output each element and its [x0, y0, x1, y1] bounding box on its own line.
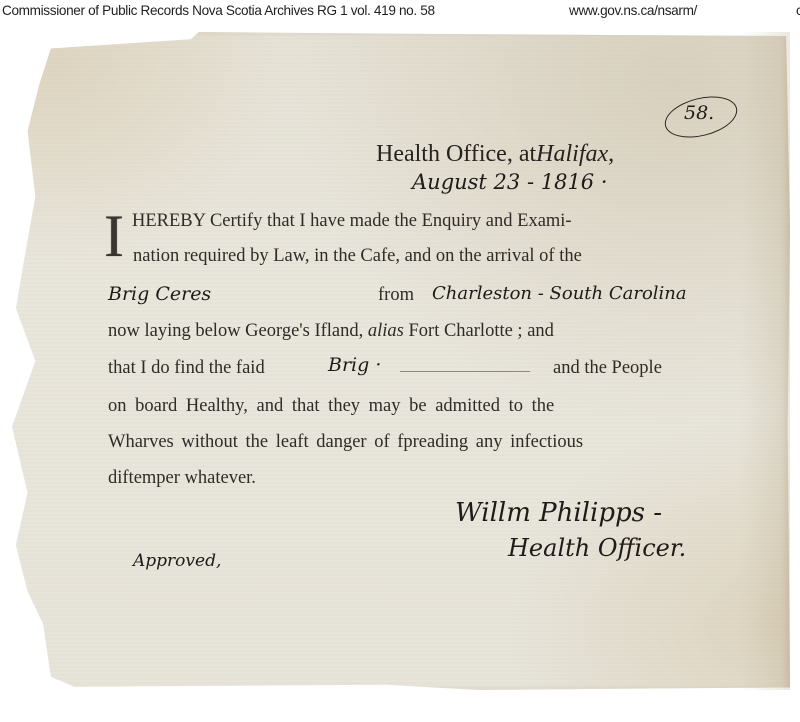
body-line-5-part2: and the People	[553, 359, 662, 378]
alias-word: alias	[368, 321, 404, 341]
heading-at: at	[519, 141, 536, 167]
vessel-name-handwritten: Brig Ceres	[108, 283, 211, 305]
vessel-type-handwritten: Brig ·	[328, 354, 381, 376]
drop-cap-letter: I	[104, 206, 124, 266]
heading-place: Halifax,	[536, 141, 614, 167]
archive-source-text: Commissioner of Public Records Nova Scot…	[2, 3, 435, 18]
heading-office: Health Office,	[376, 141, 513, 167]
body-line-4: now laying below George's Ifland, alias …	[108, 322, 554, 341]
origin-handwritten: Charleston - South Carolina	[432, 283, 687, 304]
body-line-4-part1: now laying below George's Ifland,	[108, 321, 363, 341]
approved-label: Approved,	[133, 551, 221, 571]
handwritten-date: August 23 - 1816 ·	[412, 170, 608, 194]
body-line-7: Wharves without the leaft danger of fpre…	[108, 433, 583, 452]
body-line-4-part2: Fort Charlotte ; and	[409, 321, 554, 341]
archive-caption: Commissioner of Public Records Nova Scot…	[2, 3, 435, 21]
signature-name: Willm Philipps -	[455, 498, 662, 528]
caption-cutoff-text: c	[796, 3, 800, 18]
body-line-2: nation required by Law, in the Cafe, and…	[133, 247, 582, 266]
from-label: from	[378, 286, 414, 305]
blank-fill-line	[400, 371, 530, 372]
archive-url: www.gov.ns.ca/nsarm/	[569, 3, 697, 18]
body-line-8: diftemper whatever.	[108, 469, 256, 488]
signature-title: Health Officer.	[508, 534, 686, 562]
body-line-6: on board Healthy, and that they may be a…	[108, 397, 554, 416]
reference-number: 58.	[684, 102, 714, 124]
body-line-1: HEREBY Certify that I have made the Enqu…	[132, 212, 572, 231]
document-heading: Health Office, atHalifax,	[376, 141, 614, 168]
body-line-5-part1: that I do find the faid	[108, 359, 265, 378]
